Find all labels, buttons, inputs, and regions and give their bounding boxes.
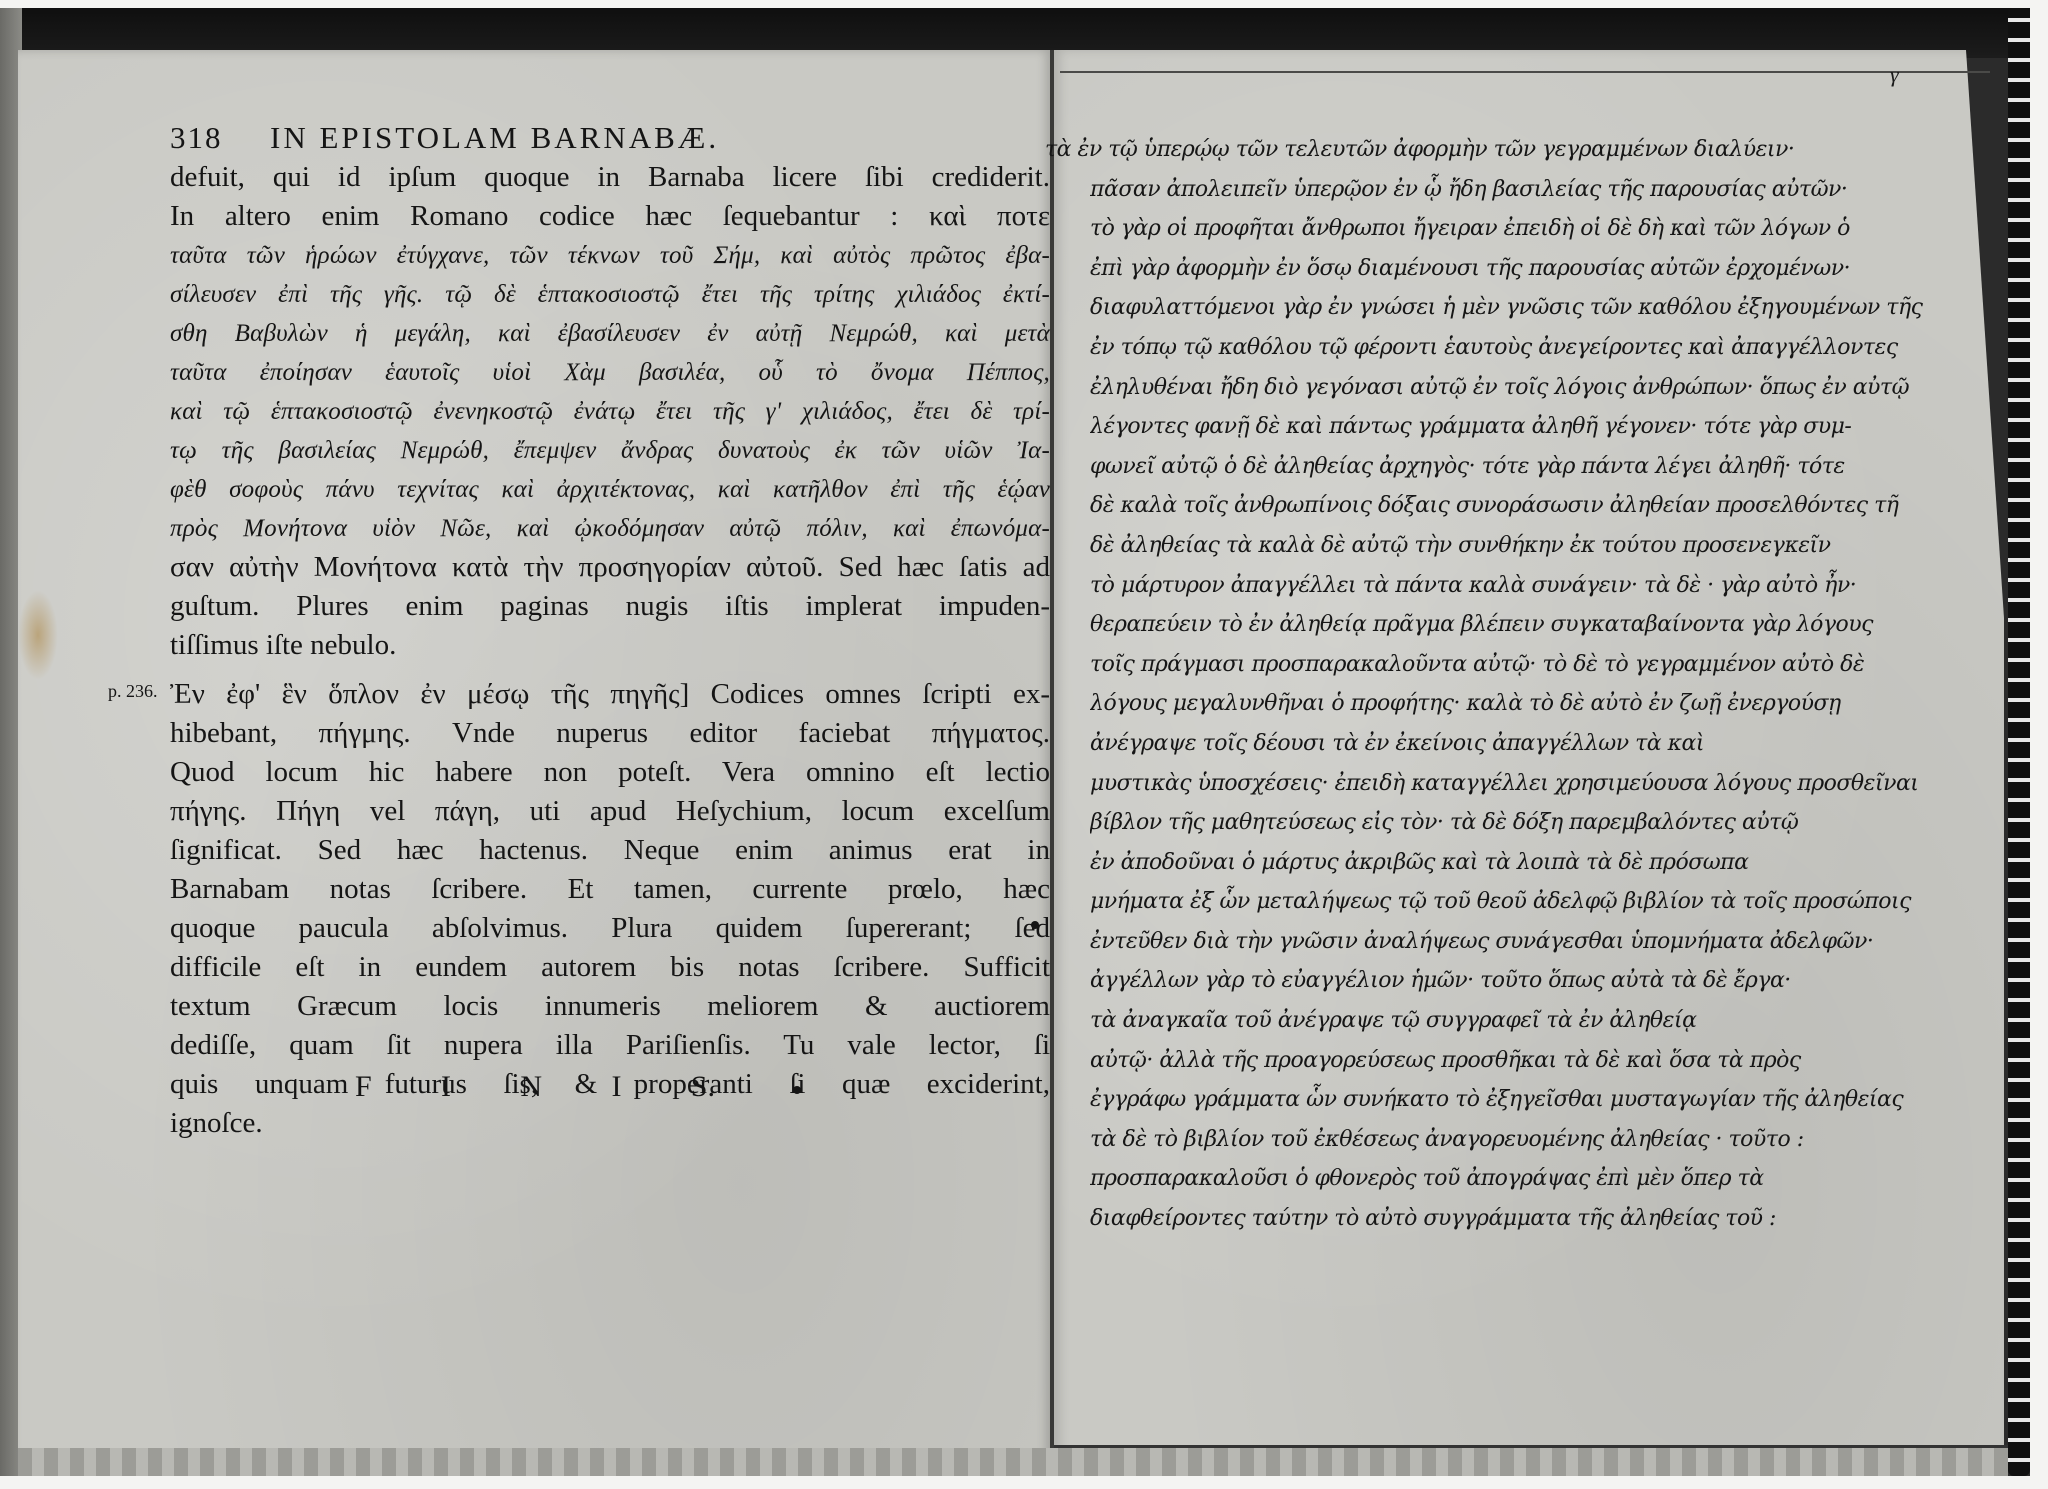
manuscript-line: ἀνέγραψε τοῖς δέουσι τὰ ἐν ἐκείνοις ἀπαγ… [1090,724,1950,764]
manuscript-line: λόγους μεγαλυνθῆναι ὁ προφήτης· καλὰ τὸ … [1090,684,1950,724]
manuscript-line: τὸ μάρτυρον ἀπαγγέλλει τὰ πάντα καλὰ συν… [1090,566,1950,606]
ink-dot [793,1086,801,1094]
manuscript-line: φωνεῖ αὐτῷ ὁ δὲ ἀληθείας ἀρχηγὸς· τότε γ… [1090,447,1950,487]
manuscript-text-block: τὰ ἐν τῷ ὑπερῴῳ τῶν τελευτῶν ἀφορμὴν τῶν… [1090,130,1950,1239]
greek-line: σίλευσεν ἐπὶ τῆς γῆς. τῷ δὲ ἑπτακοσιοστῷ… [170,275,1050,314]
folio-mark: γ [1890,62,1899,88]
note-line: hibebant, πήγμης. Vnde nuperus editor fa… [170,714,1050,753]
bottom-page-edges [18,1448,2008,1476]
manuscript-line: ἐντεῦθεν διὰ τὴν γνῶσιν ἀναλήψεως συνάγε… [1090,922,1950,962]
greek-line: πρὸς Μονήτονα υἱὸν Νῶε, καὶ ᾠκοδόμησαν α… [170,509,1050,548]
book-gutter [1050,50,1054,1470]
finis-letter: F [355,1070,372,1104]
manuscript-line: θεραπεύειν τὸ ἐν ἀληθείᾳ πρᾶγμα βλέπειν … [1090,605,1950,645]
manuscript-line: μνήματα ἐξ ὧν μεταλήψεως τῷ τοῦ θεοῦ ἀδε… [1090,882,1950,922]
greek-line: ταῦτα ἐποίησαν ἑαυτοῖς υἱοὶ Χὰμ βασιλέα,… [170,353,1050,392]
chain-backdrop [2030,8,2048,1476]
note-line: Barnabam notas ſcribere. Et tamen, curre… [170,870,1050,909]
manuscript-bottom-rule [1054,1445,2008,1448]
manuscript-line: διαφυλαττόμενοι γὰρ ἐν γνώσει ἡ μὲν γνῶσ… [1090,288,1950,328]
manuscript-line: ἐπὶ γὰρ ἀφορμὴν ἐν ὅσῳ διαμένουσι τῆς πα… [1090,249,1950,289]
text-line: guſtum. Plures enim paginas nugis iſtis … [170,587,1050,626]
manuscript-line: διαφθείροντες ταύτην τὸ αὐτὸ συγγράμματα… [1090,1199,1950,1239]
note-line: textum Græcum locis innumeris meliorem &… [170,987,1050,1026]
text-line: tiſſimus iſte nebulo. [170,626,1050,665]
note-line: Quod locum hic habere non poteſt. Vera o… [170,753,1050,792]
finis-letter: I [441,1070,451,1104]
text-line: σαν αὐτὴν Μονήτονα κατὰ τὴν προσηγορίαν … [170,548,1050,587]
note-line: Ἐν ἐφ' ἓν ὅπλον ἐν μέσῳ τῆς πηγῆς] Codic… [170,675,1050,714]
finis-letter: N [520,1070,542,1104]
page-number: 318 [170,120,270,156]
manuscript-line: τοῖς πράγμασι προσπαρακαλοῦντα αὐτῷ· τὸ … [1090,645,1950,685]
text-line: In altero enim Romano codice hæc ſequeba… [170,197,1050,236]
printed-text-block: 318 IN EPISTOLAM BARNABÆ. defuit, qui id… [170,120,1050,1143]
gutter-hole [1031,921,1039,929]
greek-line: σθη Βαβυλὼν ἡ μεγάλη, καὶ ἐβασίλευσεν ἐν… [170,314,1050,353]
manuscript-line: τὸ γὰρ οἱ προφῆται ἄνθρωποι ἤγειραν ἐπει… [1090,209,1950,249]
manuscript-line: τὰ δὲ τὸ βιβλίον τοῦ ἐκθέσεως ἀναγορευομ… [1090,1120,1950,1160]
manuscript-line: πᾶσαν ἀπολειπεῖν ὑπερῷον ἐν ᾧ ἤδη βασιλε… [1090,170,1950,210]
note-line: ignoſce. [170,1104,1050,1143]
manuscript-line: ἐληλυθέναι ἤδη διὸ γεγόνασι αὐτῷ ἐν τοῖς… [1090,368,1950,408]
manuscript-line: δὲ ἀληθείας τὰ καλὰ δὲ αὐτῷ τὴν συνθήκην… [1090,526,1950,566]
manuscript-line: ἐγγράφω γράμματα ὧν συνήκατο τὸ ἐξηγεῖσθ… [1090,1080,1950,1120]
finis-letter: S. [691,1070,715,1104]
manuscript-line: προσπαρακαλοῦσι ὁ φθονερὸς τοῦ ἀπογράψας… [1090,1159,1950,1199]
running-head: 318 IN EPISTOLAM BARNABÆ. [170,120,1050,156]
manuscript-line: λέγοντες φανῇ δὲ καὶ πάντως γράμματα ἀλη… [1090,407,1950,447]
main-text: defuit, qui id ipſum quoque in Barnaba l… [170,158,1050,665]
note-line: ſignificat. Sed hæc hactenus. Neque enim… [170,831,1050,870]
note-line: difficile eſt in eundem autorem bis nota… [170,948,1050,987]
water-stain [18,590,58,680]
finis-letter: I [611,1070,621,1104]
manuscript-line: τὰ ἐν τῷ ὑπερῴῳ τῶν τελευτῶν ἀφορμὴν τῶν… [1045,130,1950,170]
greek-line: καὶ τῷ ἑπτακοσιοστῷ ἐνενηκοστῷ ἐνάτῳ ἔτε… [170,392,1050,431]
manuscript-line: ἀγγέλλων γὰρ τὸ εὐαγγέλιον ἡμῶν· τοῦτο ὅ… [1090,961,1950,1001]
note-line: quoque paucula abſolvimus. Plura quidem … [170,909,1050,948]
greek-line: φὲθ σοφοὺς πάνυ τεχνίτας καὶ ἀρχιτέκτονα… [170,470,1050,509]
chain [2008,8,2030,1476]
finis-colophon: F I N I S. [355,1070,715,1104]
note-line: πήγης. Πήγη vel πάγη, uti apud Heſychium… [170,792,1050,831]
manuscript-line: ἐν ἀποδοῦναι ὁ μάρτυς ἀκριβῶς καὶ τὰ λοι… [1090,843,1950,883]
margin-note: p. 236. [108,681,158,702]
manuscript-line: αὐτῷ· ἀλλὰ τῆς προαγορεύσεως προσθῆκαι τ… [1090,1041,1950,1081]
greek-line: τῳ τῆς βασιλείας Νεμρώθ, ἔπεμψεν ἄνδρας … [170,431,1050,470]
text-line: defuit, qui id ipſum quoque in Barnaba l… [170,158,1050,197]
manuscript-top-rule [1060,71,1990,73]
manuscript-line: μυστικὰς ὑποσχέσεις· ἐπειδὴ καταγγέλλει … [1090,764,1950,804]
manuscript-line: τὰ ἀναγκαῖα τοῦ ἀνέγραψε τῷ συγγραφεῖ τὰ… [1090,1001,1950,1041]
manuscript-line: βίβλον τῆς μαθητεύσεως εἰς τὸν· τὰ δὲ δό… [1090,803,1950,843]
manuscript-line: ἐν τόπῳ τῷ καθόλου τῷ φέροντι ἑαυτοὺς ἀν… [1090,328,1950,368]
note-line: dediſſe, quam ſit nupera illa Pariſienſi… [170,1026,1050,1065]
running-title: IN EPISTOLAM BARNABÆ. [270,120,719,156]
greek-line: ταῦτα τῶν ἡρώων ἐτύγχανε, τῶν τέκνων τοῦ… [170,236,1050,275]
manuscript-line: δὲ καλὰ τοῖς ἀνθρωπίνοις δόξαις συνοράσω… [1090,486,1950,526]
